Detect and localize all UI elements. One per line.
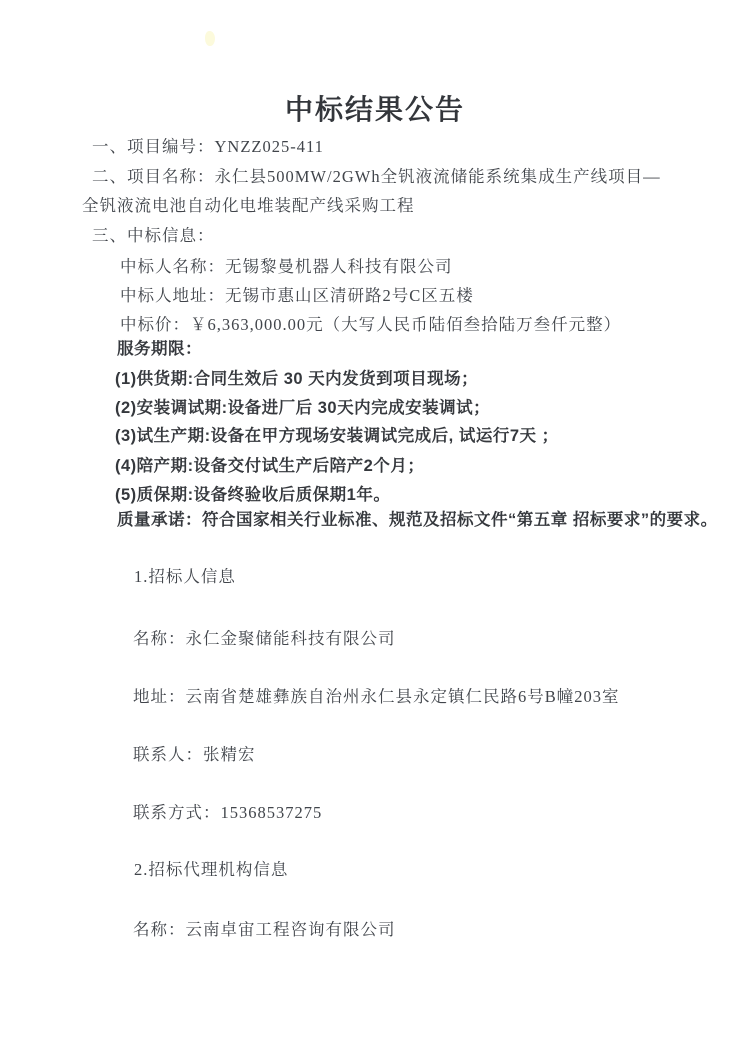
- scan-artifact: [205, 31, 215, 46]
- tenderer-section-heading: 1.招标人信息: [134, 568, 236, 587]
- bid-info-heading: 三、中标信息：: [92, 227, 215, 246]
- service-period-heading: 服务期限：: [117, 340, 202, 359]
- service-term-accompany: (4)陪产期:设备交付试生产后陪产2个月；: [115, 457, 424, 476]
- agency-section-heading: 2.招标代理机构信息: [134, 861, 288, 880]
- tenderer-contact-number: 联系方式：15368537275: [133, 804, 322, 823]
- service-term-install: (2)安装调试期:设备进厂后 30天内完成安装调试；: [115, 399, 490, 418]
- service-term-trial: (3)试生产期:设备在甲方现场安装调试完成后, 试运行7天 ；: [115, 427, 559, 446]
- service-term-supply: (1)供货期:合同生效后 30 天内发货到项目现场；: [115, 370, 478, 389]
- winner-name-line: 中标人名称：无锡黎曼机器人科技有限公司: [120, 258, 453, 277]
- project-number-line: 一、项目编号：YNZZ025-411: [92, 138, 324, 157]
- document-page: 中标结果公告 一、项目编号：YNZZ025-411 二、项目名称：永仁县500M…: [0, 0, 750, 1061]
- tenderer-name-line: 名称：永仁金聚储能科技有限公司: [133, 630, 396, 649]
- bid-price-line: 中标价：￥6,363,000.00元（大写人民币陆佰叁拾陆万叁仟元整）: [120, 316, 621, 335]
- tenderer-contact-person: 联系人：张精宏: [133, 746, 256, 765]
- service-term-warranty: (5)质保期:设备终验收后质保期1年。: [115, 486, 390, 505]
- project-name-line-1: 二、项目名称：永仁县500MW/2GWh全钒液流储能系统集成生产线项目—: [92, 168, 661, 187]
- tenderer-address-line: 地址：云南省楚雄彝族自治州永仁县永定镇仁民路6号B幢203室: [133, 688, 620, 707]
- project-name-line-2: 全钒液流电池自动化电堆装配产线采购工程: [82, 197, 415, 216]
- page-title: 中标结果公告: [0, 88, 750, 128]
- winner-address-line: 中标人地址：无锡市惠山区清研路2号C区五楼: [120, 287, 474, 306]
- agency-name-line: 名称：云南卓宙工程咨询有限公司: [133, 921, 396, 940]
- quality-commitment-line: 质量承诺：符合国家相关行业标准、规范及招标文件“第五章 招标要求”的要求。: [117, 511, 718, 530]
